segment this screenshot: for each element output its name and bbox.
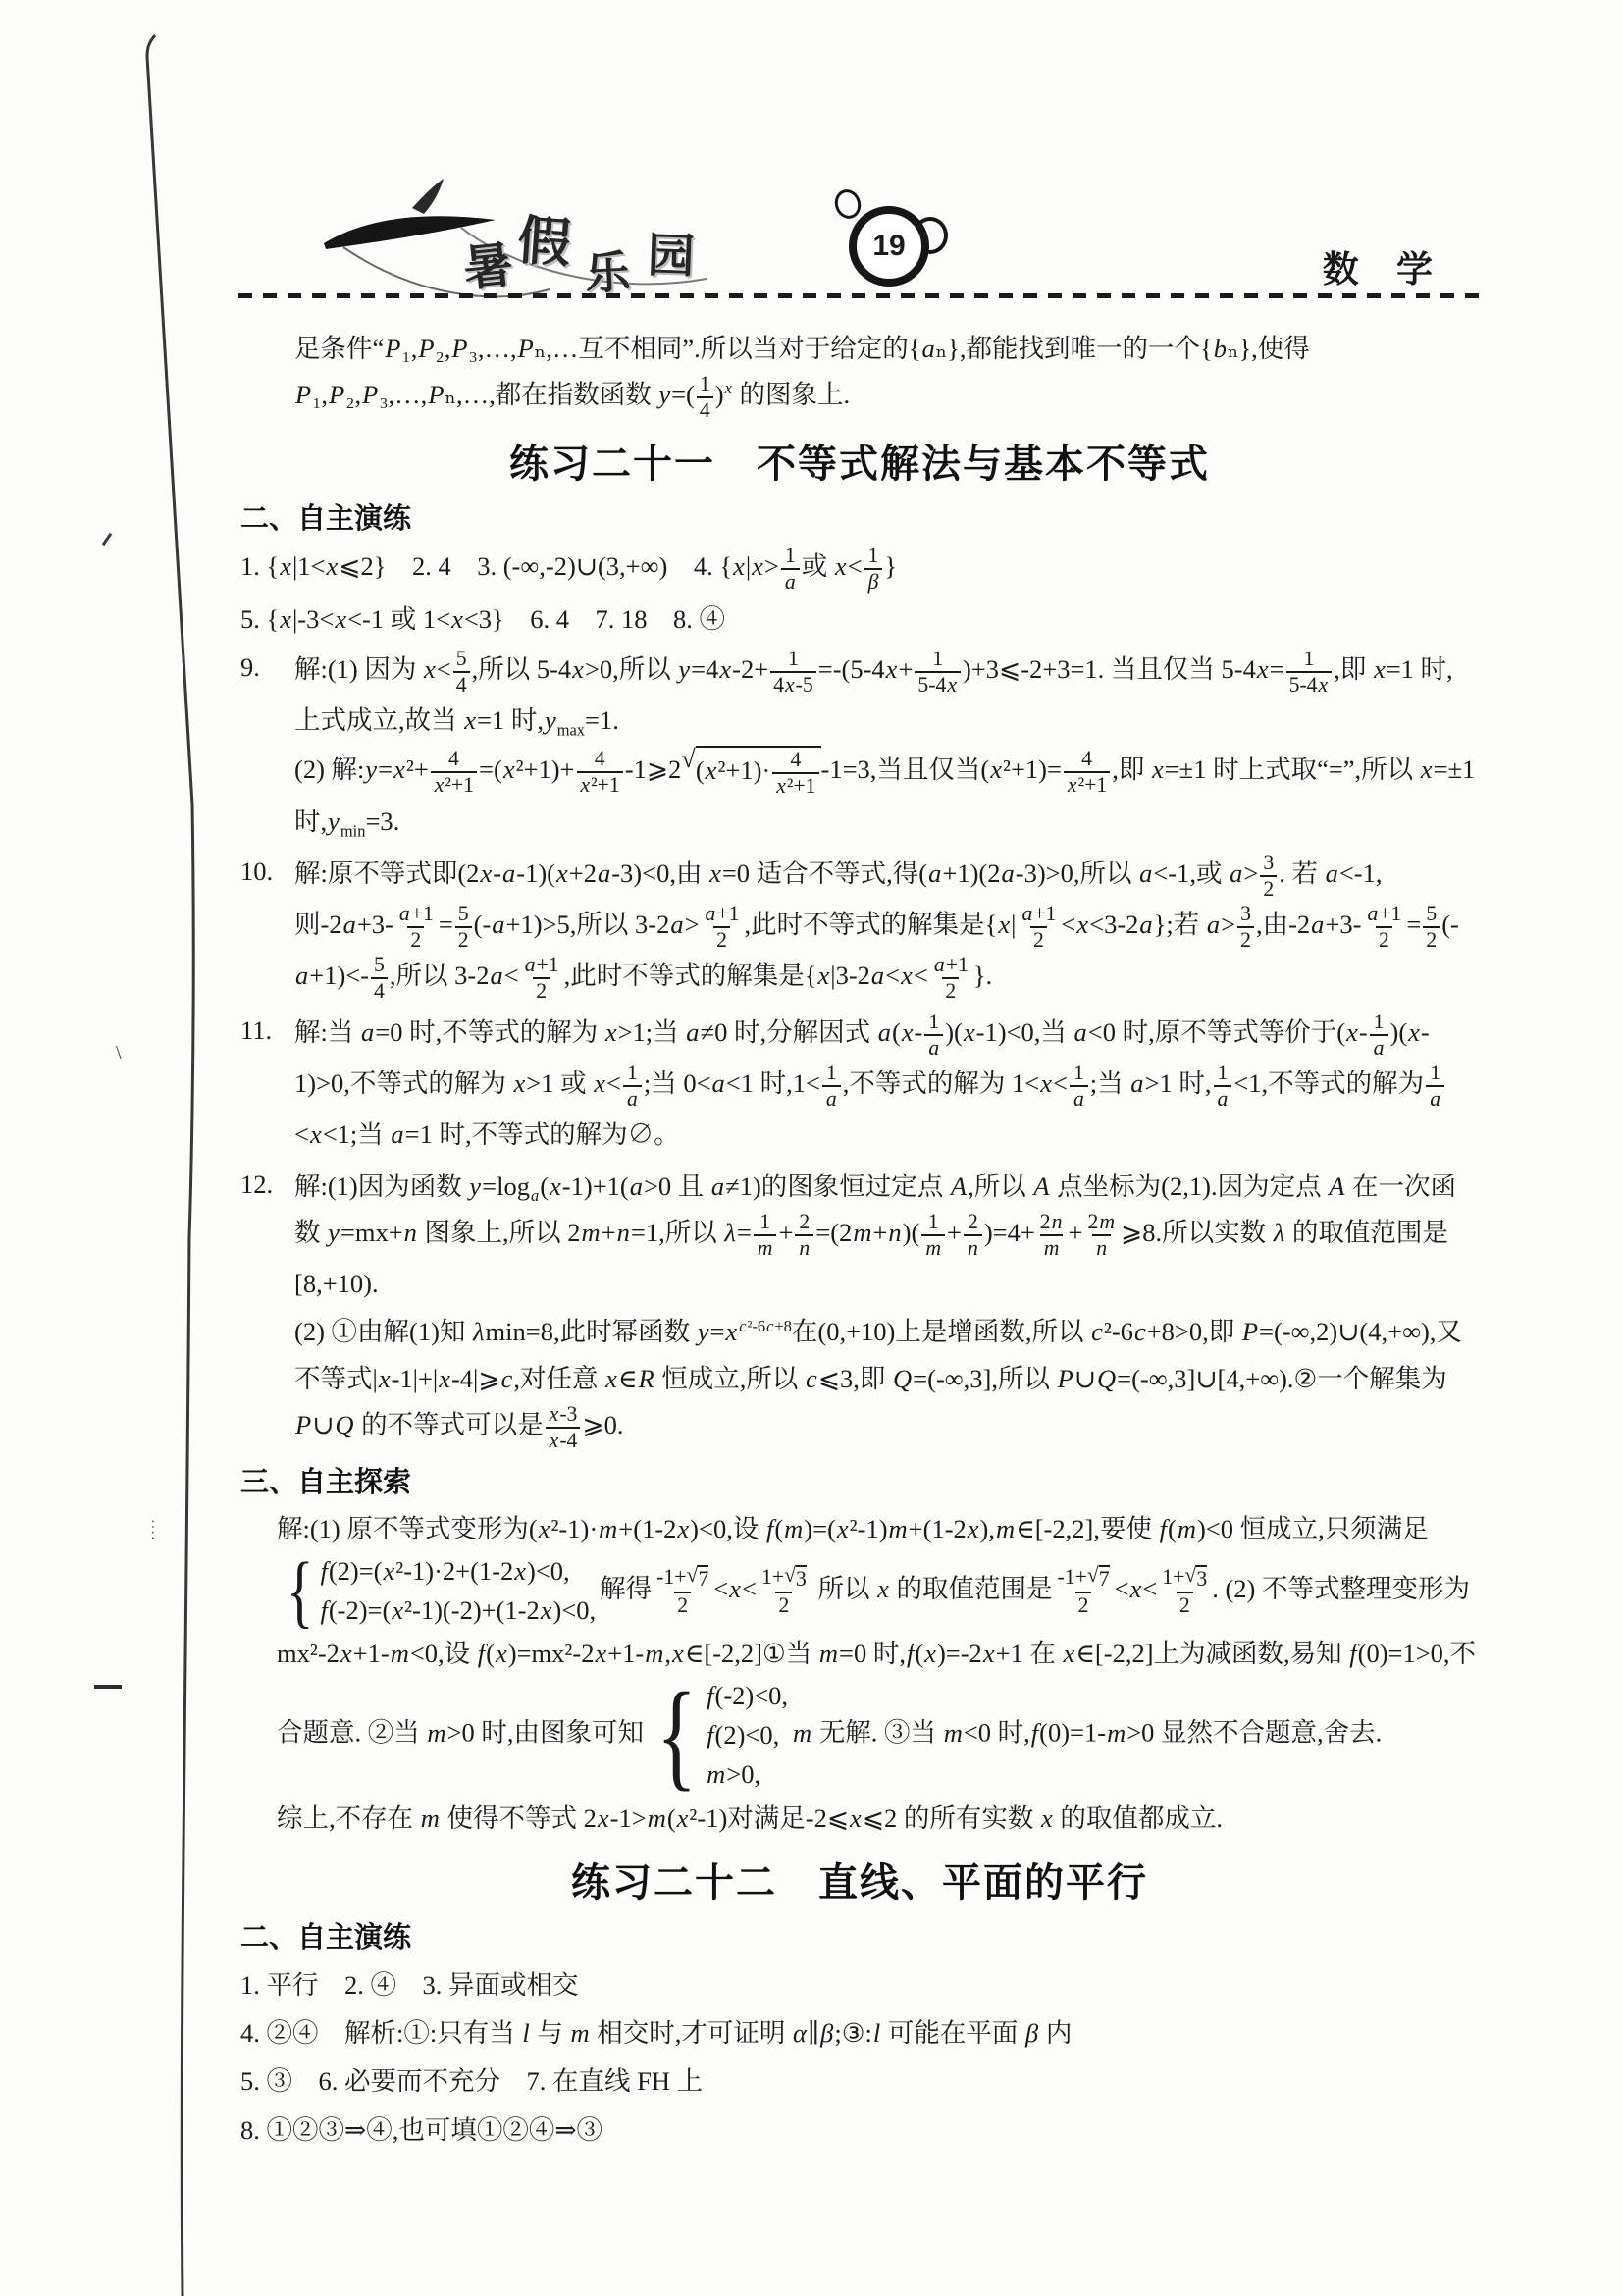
answer-item-11: 11. 解:当 a=0 时,不等式的解为 x>1;当 a≠0 时,分解因式 a(… [240,1008,1479,1160]
solution-paragraph: (2) ①由解(1)知 λmin=8,此时幂函数 y=xc²-6c+8在(0,+… [294,1309,1479,1452]
margin-mark [94,1685,122,1689]
answer-item-10: 10. 解:原不等式即(2x-a-1)(x+2a-3)<0,由 x=0 适合不等… [240,849,1479,1006]
badge-small-circle [831,186,864,223]
exercise-22-title: 练习二十二 直线、平面的平行 [240,1857,1479,1908]
ex21-part2-heading: 二、自主演练 [240,499,1479,540]
item-number: 12. [240,1162,294,1455]
item-number: 10. [240,849,294,1006]
answer-item-12: 12. 解:(1)因为函数 y=loga(x-1)+1(a>0 且 a≠1)的图… [240,1162,1479,1455]
answer-item-9: 9. 解:(1) 因为 x<54,所以 5-4x>0,所以 y=4x-2+14x… [240,645,1479,847]
solution-paragraph: 解:原不等式即(2x-a-1)(x+2a-3)<0,由 x=0 适合不等式,得(… [294,851,1479,1004]
answer-line: 8. ①②③⇒④,也可填①②④⇒③ [240,2108,1479,2154]
exercise-21-title: 练习二十一 不等式解法与基本不等式 [240,439,1479,490]
explore-conclusion: 综上,不存在 m 使得不等式 2x-1>m(x²-1)对满足-2⩽x⩽2 的所有… [277,1796,1479,1842]
page-header: 暑 假 乐 园 19 数 学 [0,0,1623,324]
subject-label: 数 学 [1323,239,1446,292]
answer-line: 4. ②④ 解析:①:只有当 l 与 m 相交时,才可证明 α∥β;③:l 可能… [240,2010,1479,2057]
margin-mark [102,533,112,546]
solution-paragraph: 解:(1) 因为 x<54,所以 5-4x>0,所以 y=4x-2+14x-5=… [294,647,1479,744]
page-number: 19 [849,206,929,287]
explore-paragraph: 解:(1) 原不等式变形为(x²-1)·m+(1-2x)<0,设 f(m)=(x… [277,1506,1479,1794]
ex21-part3-heading: 三、自主探索 [240,1463,1479,1503]
item-number: 11. [240,1008,294,1160]
page-content: 足条件“P₁,P₂,P₃,…,Pₙ,…互不相同”.所以当对于给定的{aₙ},都能… [240,324,1479,2156]
scanned-page: \ ···· 暑 假 乐 园 19 数 学 足条件“P₁,P₂,P₃,…,Pₙ,… [0,0,1623,2296]
solution-paragraph: (2) 解:y=x²+4x²+1=(x²+1)+4x²+1-1⩾2√(x²+1)… [294,746,1479,845]
intro-paragraph: 足条件“P₁,P₂,P₃,…,Pₙ,…互不相同”.所以当对于给定的{aₙ},都能… [294,326,1479,423]
answer-line: 5. ③ 6. 必要而不充分 7. 在直线 FH 上 [240,2059,1479,2105]
logo-char: 假 [515,198,573,278]
ex22-part2-heading: 二、自主演练 [240,1918,1479,1958]
answer-line: 1. {x|1<x⩽2} 2. 4 3. (-∞,-2)∪(3,+∞) 4. {… [240,544,1479,595]
logo-char: 暑 [459,226,515,301]
item-number: 9. [240,645,294,847]
solution-paragraph: 解:当 a=0 时,不等式的解为 x>1;当 a≠0 时,分解因式 a(x-1a… [294,1010,1479,1158]
dashed-divider [238,293,1479,298]
margin-mark: ···· [143,1519,159,1541]
solution-paragraph: 解:(1)因为函数 y=loga(x-1)+1(a>0 且 a≠1)的图象恒过定… [294,1164,1479,1307]
logo-char: 园 [647,217,696,287]
answer-line: 1. 平行 2. ④ 3. 异面或相交 [240,1962,1479,2009]
margin-mark: \ [116,1042,122,1065]
answer-line: 5. {x|-3<x<-1 或 1<x<3} 6. 4 7. 18 8. ④ [240,597,1479,643]
